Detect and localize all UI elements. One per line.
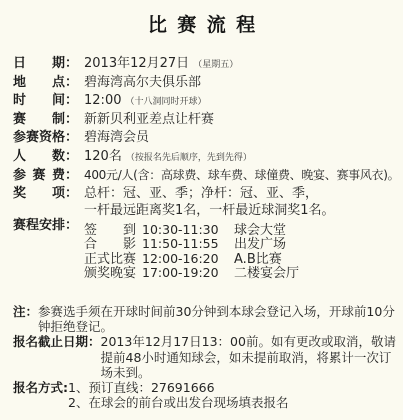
schedule-row: 合影 11:50-11:55 出发广场 bbox=[84, 233, 299, 247]
awards-line-1: 总杆：冠、亚、季；净杆：冠、亚、季， bbox=[84, 186, 335, 203]
method-item-2: 2、在球会的前台或出发台现场填表报名 bbox=[68, 395, 397, 410]
time-cell: 12:00-16:20 bbox=[142, 251, 230, 266]
schedule-table: 签到 10:30-11:30 球会大堂 合影 11:50-11:55 出发广场 … bbox=[84, 219, 299, 276]
page-title: 比赛流程 bbox=[0, 0, 403, 37]
schedule-row: 正式比赛 12:00-16:20 A.B比赛 bbox=[84, 248, 299, 262]
deadline-text: 2013年12月17日13：00前。如有更改或取消，敬请提前48小时通知球会，如… bbox=[101, 334, 397, 380]
note-row-deadline: 报名截止日期： 2013年12月17日13：00前。如有更改或取消，敬请提前48… bbox=[13, 334, 397, 380]
row-note-time: （十八洞同时开球） bbox=[125, 94, 206, 107]
info-row-date: 日期： 2013年12月27日 （星期五） bbox=[13, 52, 399, 71]
label-colon: ： bbox=[65, 71, 78, 90]
info-row-time: 时间： 12:00 （十八洞同时开球） bbox=[13, 89, 399, 108]
schedule-row: 签到 10:30-11:30 球会大堂 bbox=[84, 219, 299, 233]
label-colon: ： bbox=[65, 126, 78, 145]
deadline-label: 报名截止日期： bbox=[13, 334, 101, 349]
note-text: 参赛选手须在开球时间前30分钟到本球会登记入场，开球前10分钟拒绝登记。 bbox=[38, 304, 397, 334]
info-section: 日期： 2013年12月27日 （星期五） 地点： 碧海湾高尔夫俱乐部 时间： … bbox=[0, 52, 403, 276]
time-cell: 11:50-11:55 bbox=[142, 236, 230, 251]
info-row-players: 人数： 120名 （按报名先后顺序，先到先得） bbox=[13, 145, 399, 164]
info-row-awards: 奖项： 总杆：冠、亚、季；净杆：冠、亚、季， 一杆最远距离奖1名，一杆最近球洞奖… bbox=[13, 182, 399, 219]
awards-line-2: 一杆最远距离奖1名，一杆最近球洞奖1名。 bbox=[84, 203, 335, 220]
row-label-format: 赛制 bbox=[13, 108, 65, 127]
info-row-eligibility: 参赛资格： 碧海湾会员 bbox=[13, 126, 399, 145]
label-colon: ： bbox=[65, 145, 78, 164]
row-value-fee: 400元/人(含：高球费、球车费、球僮费、晚宴、赛事风衣)。 bbox=[84, 166, 399, 183]
row-label-fee: 参赛费 bbox=[13, 164, 65, 183]
row-value-eligibility: 碧海湾会员 bbox=[84, 126, 149, 145]
label-colon: ： bbox=[65, 89, 78, 108]
info-row-fee: 参赛费： 400元/人(含：高球费、球车费、球僮费、晚宴、赛事风衣)。 bbox=[13, 164, 399, 183]
row-label-venue: 地点 bbox=[13, 71, 65, 90]
row-value-date: 2013年12月27日 bbox=[84, 52, 189, 71]
label-colon: ： bbox=[65, 52, 78, 71]
row-value-venue: 碧海湾高尔夫俱乐部 bbox=[84, 71, 201, 90]
row-value-players: 120名 bbox=[84, 145, 122, 164]
row-value-time: 12:00 bbox=[84, 93, 121, 108]
time-cell: 10:30-11:30 bbox=[142, 222, 230, 237]
row-label-eligibility: 参赛资格 bbox=[13, 126, 65, 145]
method-label: 报名方式: bbox=[13, 380, 68, 395]
label-colon: ： bbox=[65, 219, 78, 233]
info-row-venue: 地点： 碧海湾高尔夫俱乐部 bbox=[13, 71, 399, 90]
label-colon: ： bbox=[65, 108, 78, 127]
awards-lines: 总杆：冠、亚、季；净杆：冠、亚、季， 一杆最远距离奖1名，一杆最近球洞奖1名。 bbox=[84, 186, 335, 219]
row-value-format: 新新贝利亚差点让杆赛 bbox=[84, 108, 214, 127]
schedule-row: 颁奖晚宴 17:00-19:20 二楼宴会厅 bbox=[84, 262, 299, 276]
time-cell: 17:00-19:20 bbox=[142, 265, 230, 280]
method-item-1: 1、预订直线：27691666 bbox=[68, 380, 397, 395]
place-cell: 二楼宴会厅 bbox=[234, 262, 299, 281]
method-items: 1、预订直线：27691666 2、在球会的前台或出发台现场填表报名 bbox=[68, 380, 397, 410]
label-colon: ： bbox=[65, 164, 78, 183]
activity-cell: 颁奖晚宴 bbox=[84, 262, 136, 281]
info-row-format: 赛制： 新新贝利亚差点让杆赛 bbox=[13, 108, 399, 127]
schedule-section: 赛程安排： 签到 10:30-11:30 球会大堂 合影 11:50-11:55… bbox=[13, 219, 399, 276]
note-row-method: 报名方式: 1、预订直线：27691666 2、在球会的前台或出发台现场填表报名 bbox=[13, 380, 397, 410]
label-colon: ： bbox=[65, 182, 78, 201]
row-note-players: （按报名先后顺序，先到先得） bbox=[126, 150, 252, 163]
note-label: 注： bbox=[13, 304, 38, 319]
row-label-awards: 奖项 bbox=[13, 182, 65, 201]
row-label-date: 日期 bbox=[13, 52, 65, 71]
row-label-schedule: 赛程安排 bbox=[13, 219, 65, 233]
row-label-players: 人数 bbox=[13, 145, 65, 164]
row-label-time: 时间 bbox=[13, 89, 65, 108]
notes-section: 注： 参赛选手须在开球时间前30分钟到本球会登记入场，开球前10分钟拒绝登记。 … bbox=[0, 304, 403, 410]
note-row-registration-note: 注： 参赛选手须在开球时间前30分钟到本球会登记入场，开球前10分钟拒绝登记。 bbox=[13, 304, 397, 334]
row-note-date: （星期五） bbox=[193, 57, 238, 70]
